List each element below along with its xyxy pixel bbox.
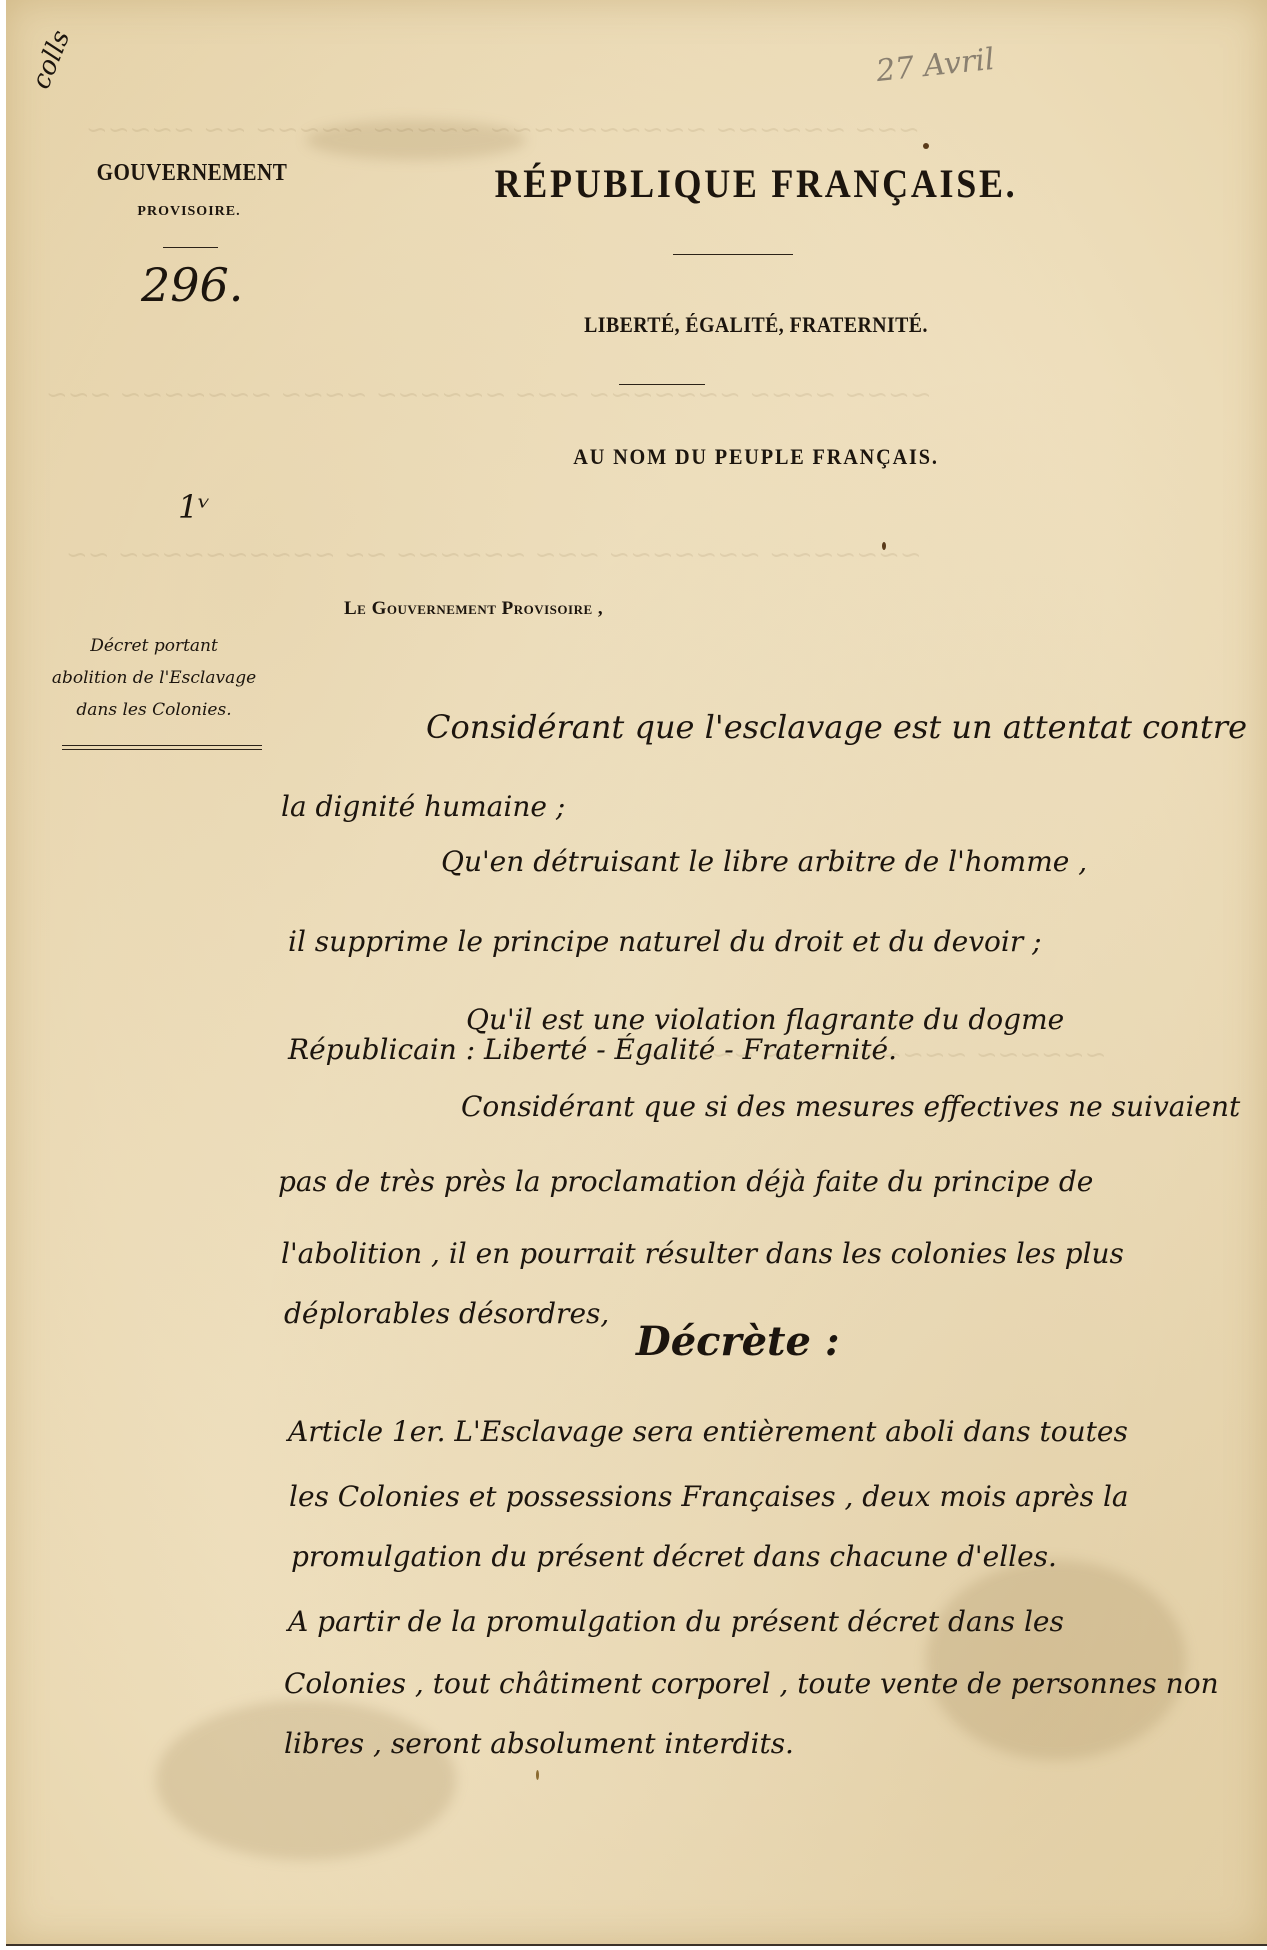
ink-spot bbox=[536, 1770, 539, 1780]
body-line: Républicain : Liberté - Égalité - Frater… bbox=[288, 1033, 897, 1066]
pencil-date-annotation: 27 Avril bbox=[874, 42, 996, 89]
document-page: ~~~ ~~~~~~ ~~~~~~~~~~ ~~~~~ ~~~~~ ~~ ~~~… bbox=[6, 0, 1267, 1946]
issuer-line: Le Gouvernement Provisoire , bbox=[344, 598, 603, 620]
body-line: déplorables désordres, bbox=[284, 1297, 609, 1330]
article-line: libres , seront absolument interdits. bbox=[284, 1727, 794, 1760]
body-line: la dignité humaine ; bbox=[281, 790, 565, 823]
bleed-through-text: ~~~~ ~~~~ ~~~~~~~ ~~~ ~~~~~~ ~~~~ ~~~~~~… bbox=[46, 380, 932, 410]
divider-rule bbox=[619, 384, 705, 385]
ink-spot bbox=[882, 542, 886, 550]
article-line: promulgation du présent décret dans chac… bbox=[291, 1540, 1057, 1573]
body-line: l'abolition , il en pourrait résulter da… bbox=[281, 1237, 1124, 1270]
body-line: pas de très près la proclamation déjà fa… bbox=[278, 1165, 1093, 1198]
folio-annotation: colls bbox=[26, 26, 76, 93]
bleed-through-text: ~~~ ~~~~~~ ~~~~~~~~~~ ~~~~~ ~~~~~ ~~ ~~~… bbox=[86, 115, 920, 145]
motto: LIBERTÉ, ÉGALITÉ, FRATERNITÉ. bbox=[441, 312, 1071, 338]
government-heading: GOUVERNEMENT bbox=[97, 160, 282, 187]
divider-rule bbox=[673, 254, 793, 255]
decree-heading: Décrète : bbox=[636, 1318, 840, 1365]
body-line: Considérant que l'esclavage est un atten… bbox=[426, 708, 1247, 746]
people-heading: AU NOM DU PEUPLE FRANÇAIS. bbox=[434, 444, 1078, 470]
margin-note-line: Décret portant bbox=[44, 630, 264, 662]
document-number: 296. bbox=[141, 258, 243, 312]
body-line: Considérant que si des mesures effective… bbox=[461, 1090, 1240, 1123]
margin-note: Décret portant abolition de l'Esclavage … bbox=[44, 630, 264, 726]
article-line: les Colonies et possessions Françaises ,… bbox=[289, 1480, 1129, 1513]
article-line: Colonies , tout châtiment corporel , tou… bbox=[284, 1667, 1219, 1700]
margin-double-rule bbox=[62, 745, 262, 750]
paper-stain bbox=[156, 1700, 456, 1860]
government-subheading: PROVISOIRE. bbox=[84, 204, 294, 220]
page-marker: 1ᵛ bbox=[178, 488, 210, 526]
republic-title: RÉPUBLIQUE FRANÇAISE. bbox=[441, 160, 1071, 207]
paper-stain bbox=[926, 1560, 1186, 1760]
divider-rule bbox=[163, 247, 218, 248]
article-line: Article 1er. L'Esclavage sera entièremen… bbox=[288, 1415, 1128, 1448]
ink-spot bbox=[923, 143, 929, 149]
bleed-through-text: ~~~~~~~ ~~~~~~~ ~~~ ~~~~~~ ~~ ~~~~~~~~~~… bbox=[66, 540, 922, 570]
body-line: Qu'en détruisant le libre arbitre de l'h… bbox=[441, 845, 1087, 878]
body-line: il supprime le principe naturel du droit… bbox=[288, 925, 1042, 958]
article-line: A partir de la promulgation du présent d… bbox=[288, 1605, 1064, 1638]
body-line: Qu'il est une violation flagrante du dog… bbox=[466, 1003, 1064, 1036]
margin-note-line: abolition de l'Esclavage bbox=[44, 662, 264, 694]
margin-note-line: dans les Colonies. bbox=[44, 694, 264, 726]
